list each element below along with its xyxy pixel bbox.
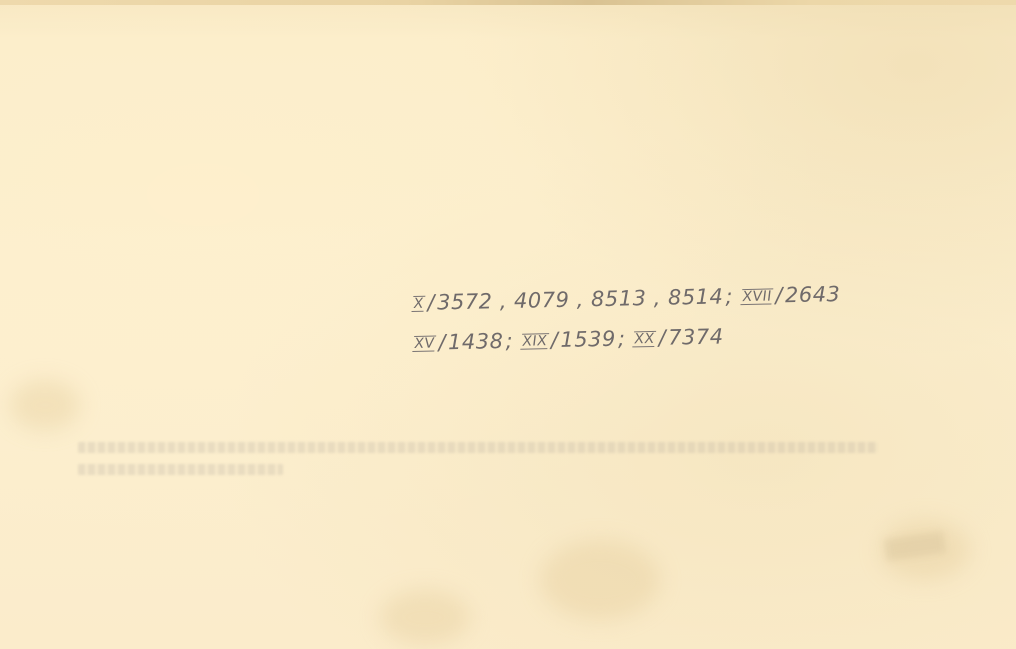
paper-stain — [540, 540, 660, 620]
reference-numbers: 3572 , 4079 , 8513 , 8514 — [437, 284, 724, 314]
separator: ; — [618, 327, 626, 351]
paper-stain — [10, 380, 80, 430]
reference-numbers: 1539 — [560, 327, 616, 352]
card-top-edge — [0, 0, 1016, 5]
reference-line-2: XV/1438;XIX/1539;XX/7374 — [413, 314, 842, 363]
separator: ; — [725, 284, 733, 308]
reference-numbers: 1438 — [448, 329, 504, 354]
volume-numeral: XVII — [740, 288, 773, 305]
slash: / — [438, 330, 446, 354]
bleedthrough-typed-text — [78, 442, 878, 486]
volume-numeral: X — [411, 296, 425, 312]
separator: ; — [505, 329, 513, 353]
volume-numeral: XV — [412, 336, 436, 353]
volume-numeral: XX — [632, 331, 656, 348]
bleedthrough-line-2 — [78, 464, 283, 475]
volume-numeral: XIX — [520, 333, 549, 350]
handwritten-references: X/3572 , 4079 , 8513 , 8514;XVII/2643 XV… — [412, 274, 842, 363]
index-card: X/3572 , 4079 , 8513 , 8514;XVII/2643 XV… — [0, 0, 1016, 649]
reference-numbers: 7374 — [668, 324, 724, 349]
slash: / — [427, 291, 435, 315]
slash: / — [658, 326, 666, 350]
reference-numbers: 2643 — [785, 282, 841, 307]
paper-stain — [380, 590, 470, 645]
slash: / — [775, 283, 783, 307]
bleedthrough-line-1 — [78, 442, 878, 453]
slash: / — [551, 328, 559, 352]
